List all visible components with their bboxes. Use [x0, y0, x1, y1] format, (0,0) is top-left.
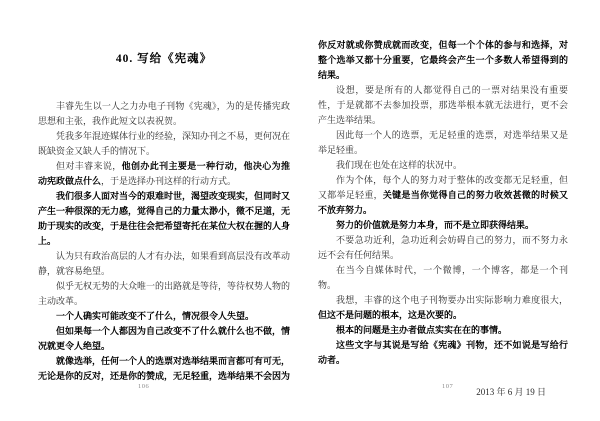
body-text: 但对丰睿来说， — [56, 161, 122, 171]
paragraph: 你反对就或你赞成就而改变，但每一个个体的参与和选择，对整个选举又都十分重要，它最… — [318, 38, 568, 83]
body-text: 因此每一个人的选票，无足轻重的选票，对选举结果又是举足轻重。 — [318, 130, 568, 155]
paragraph: 但对丰睿来说，他创办此刊主要是一种行动，他决心为推动宪政做点什么，于是选择办刊这… — [38, 159, 290, 189]
emphasis-text: 根本的问题是主办者做点实实在在的事情。 — [336, 325, 507, 335]
body-text: 在当今自媒体时代，一个微博，一个博客，都是一个刊物。 — [318, 265, 568, 290]
paragraph: 在当今自媒体时代，一个微博，一个博客，都是一个刊物。 — [318, 263, 568, 293]
body-text: 丰睿先生以一人之力办电子刊物《宪魂》，为的是传播宪政思想和主张，我作此短文以表祝… — [38, 101, 290, 126]
paragraph: 这些文字与其说是写给《宪魂》刊物，还不如说是写给行动者。 — [318, 338, 568, 368]
page-left: 40. 写给《宪魂》 丰睿先生以一人之力办电子刊物《宪魂》，为的是传播宪政思想和… — [38, 0, 290, 421]
page-left-body: 丰睿先生以一人之力办电子刊物《宪魂》，为的是传播宪政思想和主张，我作此短文以表祝… — [38, 99, 290, 384]
body-text: 认为只有政治高层的人才有办法，如果看到高层没有改革动静，就容易绝望。 — [38, 251, 290, 276]
paragraph: 作为个体，每个人的努力对于整体的改变都无足轻重，但又都举足轻重，关键是当你觉得自… — [318, 173, 568, 218]
book-spread: 40. 写给《宪魂》 丰睿先生以一人之力办电子刊物《宪魂》，为的是传播宪政思想和… — [0, 0, 600, 421]
emphasis-text: 你反对就或你赞成就而改变，但每一个个体的参与和选择，对整个选举又都十分重要，它最… — [318, 40, 568, 80]
body-text: 我想，丰睿的这个电子刊物要办出实际影响力难度很大， — [336, 295, 568, 305]
body-text: ，于是选择办刊这样的行动方式。 — [101, 176, 236, 186]
page-right-body: 你反对就或你赞成就而改变，但每一个个体的参与和选择，对整个选举又都十分重要，它最… — [318, 38, 568, 368]
paragraph: 认为只有政治高层的人才有办法，如果看到高层没有改革动静，就容易绝望。 — [38, 249, 290, 279]
paragraph: 我们现在也处在这样的状况中。 — [318, 158, 568, 173]
paragraph: 我想，丰睿的这个电子刊物要办出实际影响力难度很大，但这不是问题的根本，这是次要的… — [318, 293, 568, 323]
emphasis-text: 但这不是问题的根本，这是次要的。 — [318, 310, 462, 320]
emphasis-text: 就像选举，任何一个人的选票对选举结果而言都可有可无，无论是你的反对，还是你的赞成… — [38, 356, 290, 381]
paragraph: 努力的价值就是努力本身，而不是立即获得结果。 — [318, 218, 568, 233]
body-text: 不要急功近利，急功近利会妨碍自己的努力，而不努力永远不会有任何结果。 — [318, 235, 568, 260]
page-right: 你反对就或你赞成就而改变，但每一个个体的参与和选择，对整个选举又都十分重要，它最… — [318, 0, 568, 421]
page-number-right: 107 — [442, 383, 453, 390]
paragraph: 丰睿先生以一人之力办电子刊物《宪魂》，为的是传播宪政思想和主张，我作此短文以表祝… — [38, 99, 290, 129]
paragraph: 设想，要是所有的人都觉得自己的一票对结果没有重要性，于是就都不去参加投票，那选举… — [318, 83, 568, 128]
chapter-title: 40. 写给《宪魂》 — [38, 50, 290, 66]
paragraph: 就像选举，任何一个人的选票对选举结果而言都可有可无，无论是你的反对，还是你的赞成… — [38, 354, 290, 384]
emphasis-text: 我们很多人面对当今的艰难时世，渴望改变现实，但同时又产生一种很深的无力感，觉得自… — [38, 191, 290, 246]
paragraph: 不要急功近利，急功近利会妨碍自己的努力，而不努力永远不会有任何结果。 — [318, 233, 568, 263]
emphasis-text: 这些文字与其说是写给《宪魂》刊物，还不如说是写给行动者。 — [318, 340, 568, 365]
body-text: 凭我多年混迹媒体行业的经验，深知办刊之不易，更何况在既缺资金又缺人手的情况下。 — [38, 131, 290, 156]
paragraph: 但如果每一个人都因为自己改变不了什么就什么也不做，情况就更令人绝望。 — [38, 324, 290, 354]
paragraph: 因此每一个人的选票，无足轻重的选票，对选举结果又是举足轻重。 — [318, 128, 568, 158]
paragraph: 一个人确实可能改变不了什么，情况很令人失望。 — [38, 309, 290, 324]
body-text: 似乎无权无势的大众唯一的出路就是等待，等待权势人物的主动改革。 — [38, 281, 290, 306]
body-text: 设想，要是所有的人都觉得自己的一票对结果没有重要性，于是就都不去参加投票，那选举… — [318, 85, 568, 125]
body-text: 我们现在也处在这样的状况中。 — [336, 160, 462, 170]
paragraph: 我们很多人面对当今的艰难时世，渴望改变现实，但同时又产生一种很深的无力感，觉得自… — [38, 189, 290, 249]
paragraph: 根本的问题是主办者做点实实在在的事情。 — [318, 323, 568, 338]
emphasis-text: 一个人确实可能改变不了什么，情况很令人失望。 — [56, 311, 254, 321]
paragraph: 似乎无权无势的大众唯一的出路就是等待，等待权势人物的主动改革。 — [38, 279, 290, 309]
emphasis-text: 但如果每一个人都因为自己改变不了什么就什么也不做，情况就更令人绝望。 — [38, 326, 290, 351]
emphasis-text: 努力的价值就是努力本身，而不是立即获得结果。 — [336, 220, 534, 230]
paragraph: 凭我多年混迹媒体行业的经验，深知办刊之不易，更何况在既缺资金又缺人手的情况下。 — [38, 129, 290, 159]
page-number-left: 106 — [138, 383, 149, 390]
